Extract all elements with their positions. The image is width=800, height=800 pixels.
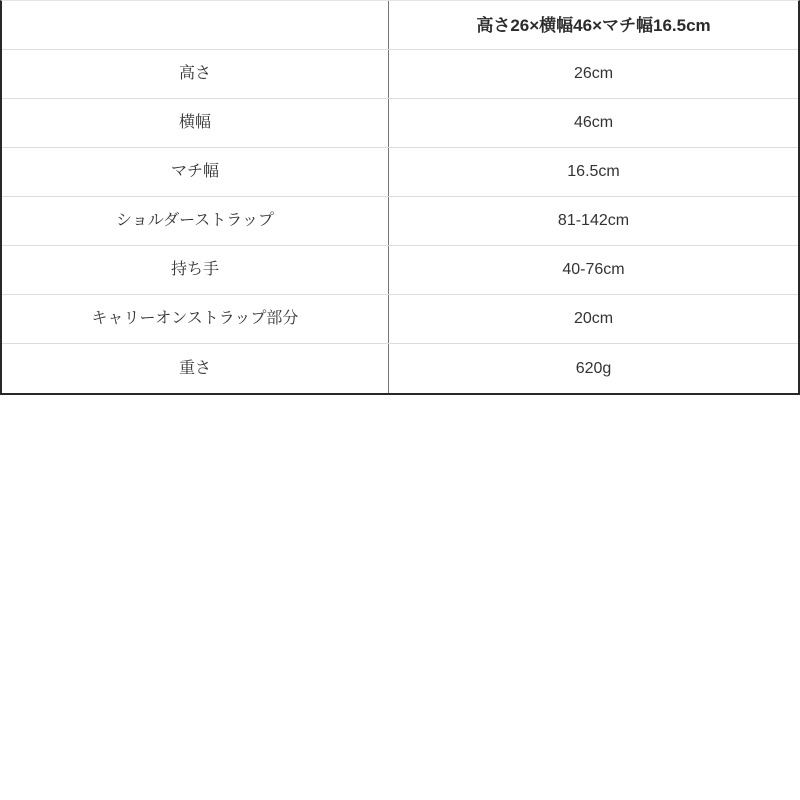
spec-label-width: 横幅: [2, 99, 389, 147]
spec-value-height: 26cm: [389, 50, 798, 98]
spec-label-gusset: マチ幅: [2, 148, 389, 196]
table-row: ショルダーストラップ 81-142cm: [2, 197, 798, 246]
spec-value-weight: 620g: [389, 344, 798, 393]
header-empty-cell: [2, 1, 389, 49]
table-row: 横幅 46cm: [2, 99, 798, 148]
table-row: 高さ 26cm: [2, 50, 798, 99]
spec-value-width: 46cm: [389, 99, 798, 147]
spec-value-gusset: 16.5cm: [389, 148, 798, 196]
table-row: 重さ 620g: [2, 344, 798, 393]
table-row: マチ幅 16.5cm: [2, 148, 798, 197]
spec-label-shoulder-strap: ショルダーストラップ: [2, 197, 389, 245]
table-row: 持ち手 40-76cm: [2, 246, 798, 295]
spec-label-handle: 持ち手: [2, 246, 389, 294]
spec-label-height: 高さ: [2, 50, 389, 98]
table-row: キャリーオンストラップ部分 20cm: [2, 295, 798, 344]
empty-whitespace: [0, 395, 800, 800]
spec-value-handle: 40-76cm: [389, 246, 798, 294]
spec-label-carry-on-strap: キャリーオンストラップ部分: [2, 295, 389, 343]
product-spec-table: 高さ26×横幅46×マチ幅16.5cm 高さ 26cm 横幅 46cm マチ幅 …: [0, 0, 800, 395]
table-header-row: 高さ26×横幅46×マチ幅16.5cm: [2, 1, 798, 50]
spec-label-weight: 重さ: [2, 344, 389, 393]
header-size-summary: 高さ26×横幅46×マチ幅16.5cm: [389, 1, 798, 49]
spec-value-carry-on-strap: 20cm: [389, 295, 798, 343]
spec-value-shoulder-strap: 81-142cm: [389, 197, 798, 245]
